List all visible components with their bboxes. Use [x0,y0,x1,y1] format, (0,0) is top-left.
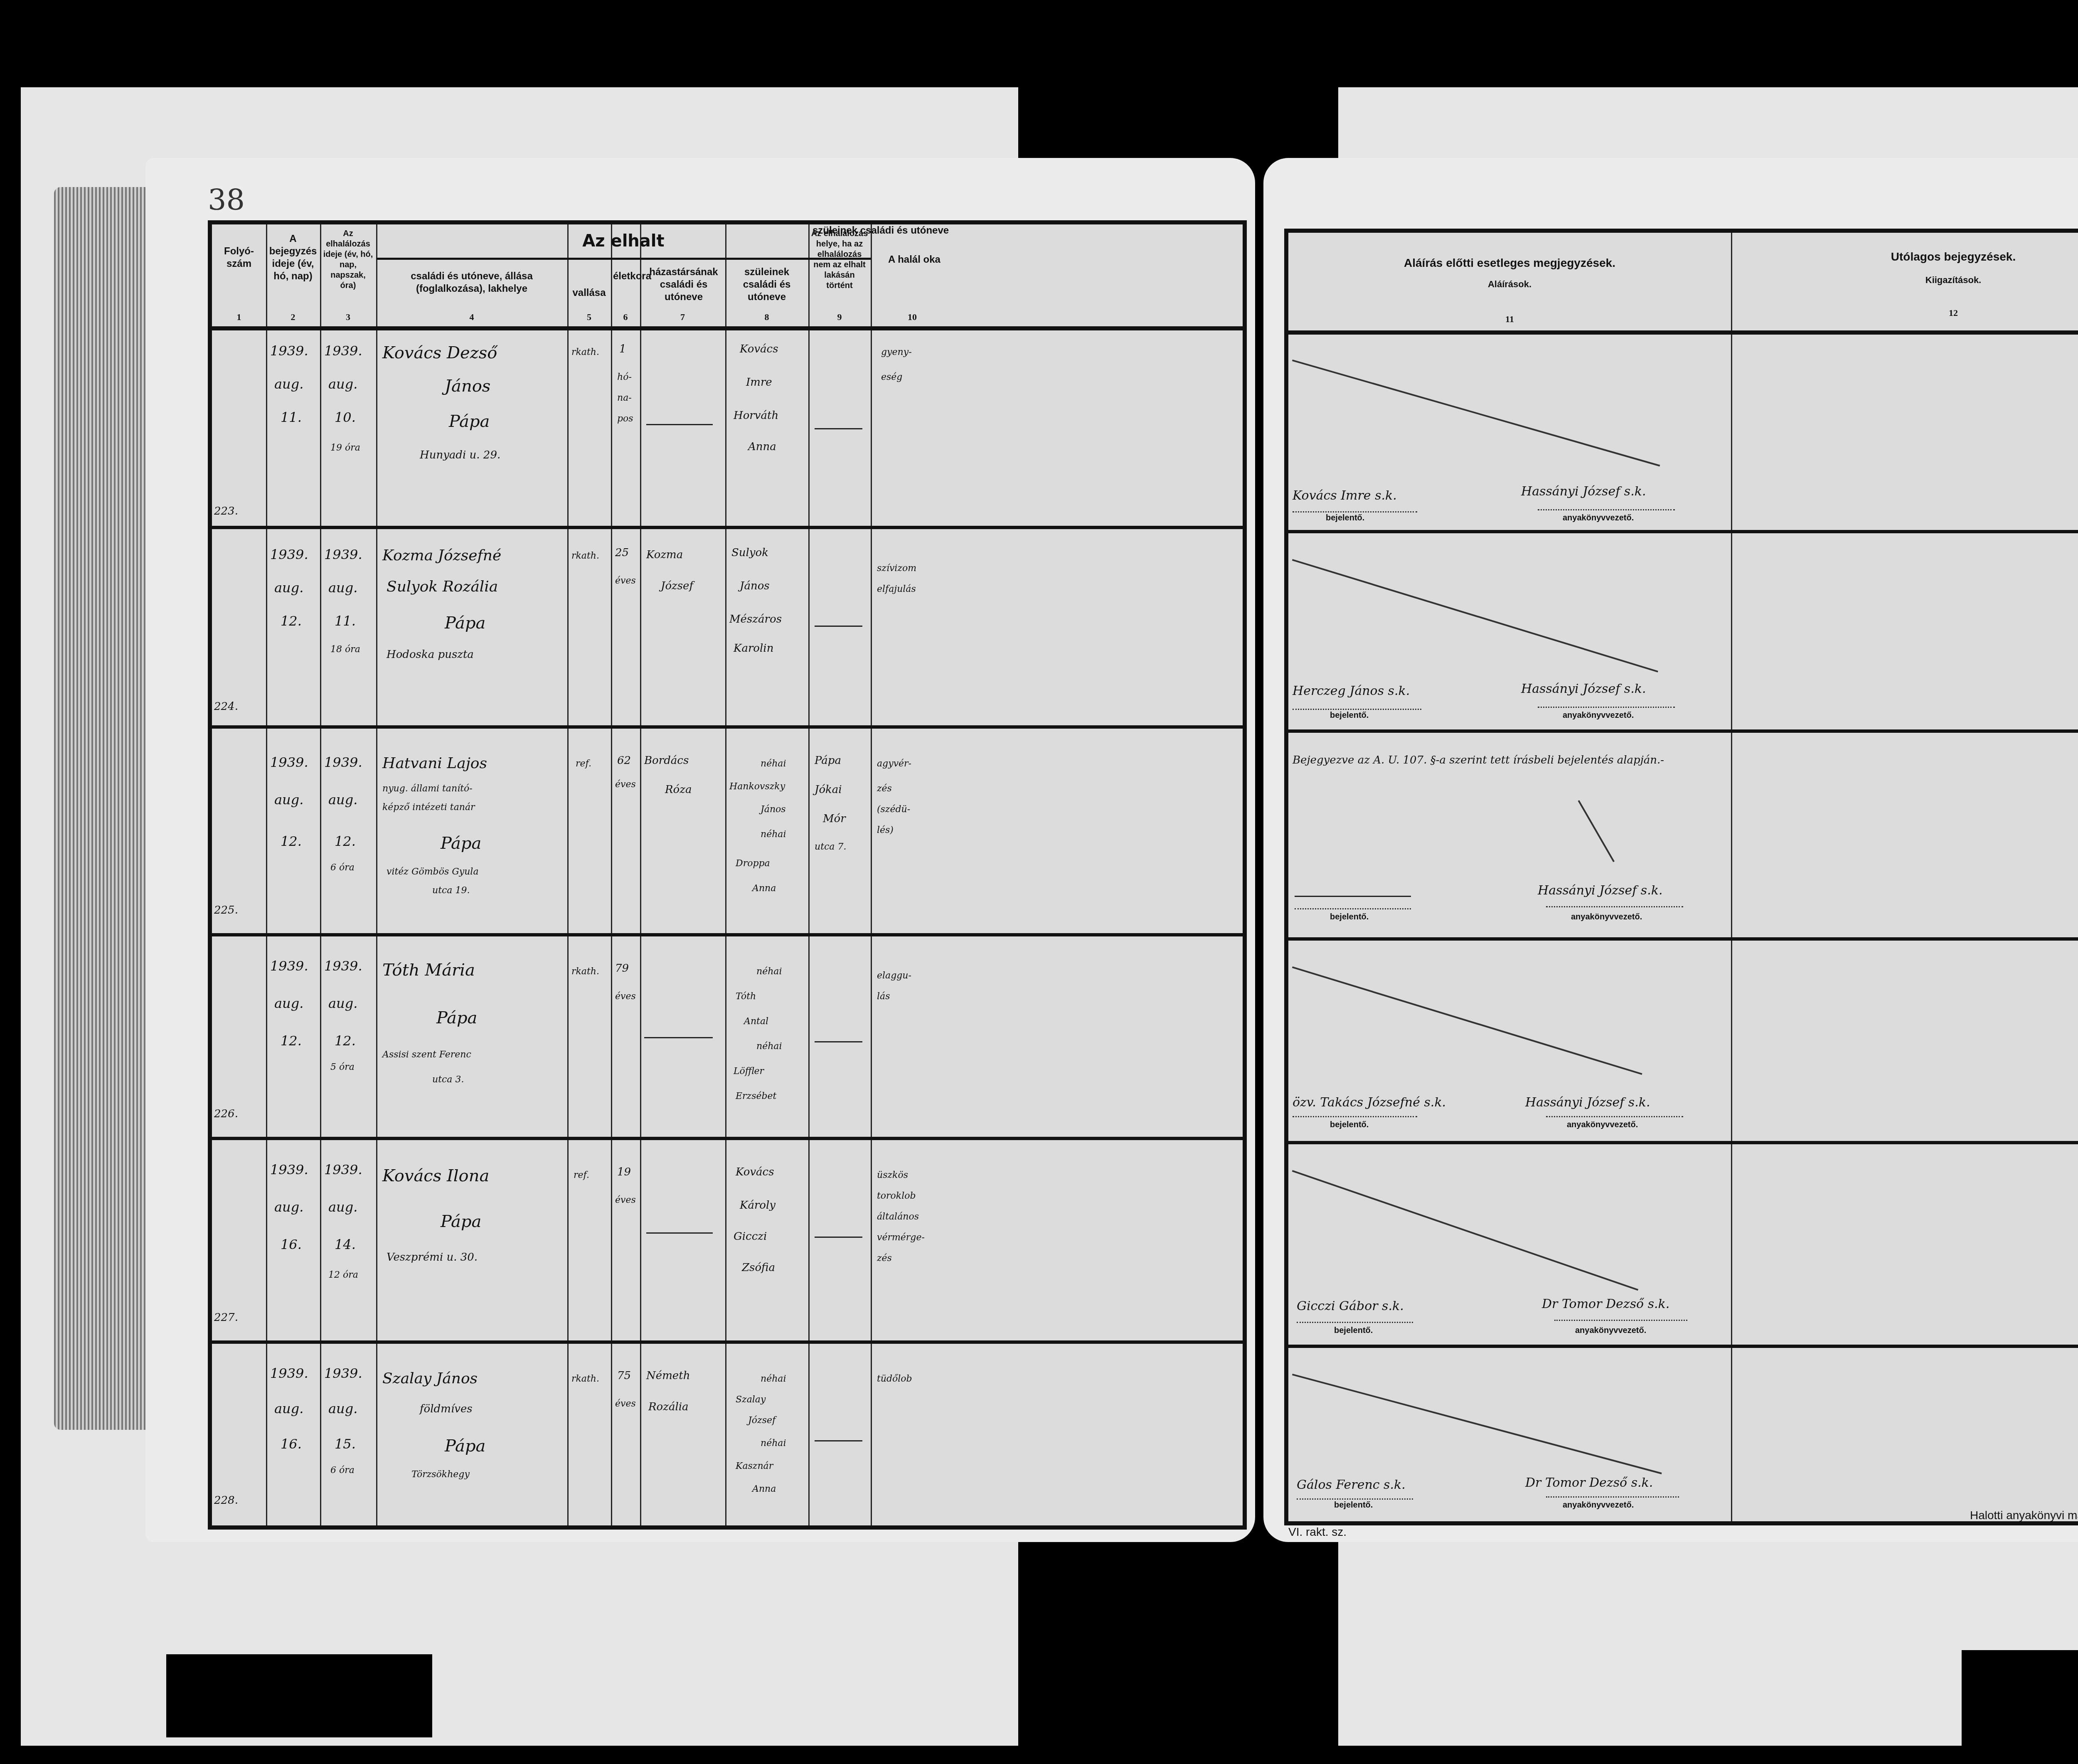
residence-address: utca 3. [432,1074,464,1085]
signatures-header: Aláírás előtti esetleges megjegyzések. A… [1288,233,2078,335]
age: 19 [617,1166,631,1179]
cause-of-death: gyeny- [881,347,912,358]
residence-address: Hunyadi u. 29. [420,449,500,462]
father-surname: Kovács [736,1166,774,1179]
religion: rkath. [571,551,599,562]
deceased-name: Szalay János [382,1370,478,1387]
reporter-label: bejelentő. [1330,1120,1369,1130]
occupation: képző intézeti tanár [382,802,475,813]
header-col-6: életkora [613,270,638,283]
cause-of-death: zés [877,1253,892,1264]
age-unit: éves [615,991,636,1002]
death-day: 11. [335,613,356,629]
mother-surname: Löffler [734,1066,764,1077]
cause-of-death: szívizom [877,563,916,574]
reporter-label: bejelentő. [1330,912,1369,922]
deceased-name: Kovács Dezső [382,343,497,363]
age-unit: éves [615,576,636,586]
spouse-surname: Bordács [644,754,689,767]
cancel-stroke [1292,1170,1638,1291]
signature-row-224: Herczeg János s.k. bejelentő. Hassányi J… [1288,534,2078,733]
entry-year: 1939. [270,958,308,974]
header-col-2: A bejegyzés ideje (év, hó, nap) [268,233,318,283]
mother-surname: Droppa [736,858,770,869]
spouse-given-name: Rozália [648,1401,689,1414]
mother-given-name: Zsófia [742,1261,775,1274]
death-month: aug. [328,995,357,1011]
reporter-signature: özv. Takács Józsefné s.k. [1293,1095,1446,1110]
reporter-line [1293,511,1417,512]
religion: rkath. [571,1374,599,1385]
signature-row-223: Kovács Imre s.k. bejelentő. Hassányi Józ… [1288,335,2078,533]
death-day: 14. [335,1237,356,1252]
left-page: 38 Az elhalt Folyó-szám A bejegyzés idej… [145,158,1255,1542]
cause-of-death: eség [881,372,902,383]
registrar-line [1538,509,1675,510]
empty-spouse-dash [646,1232,713,1234]
col-num-11: 11 [1288,314,1731,325]
residence-address: utca 19. [432,885,470,896]
reporter-label: bejelentő. [1334,1326,1373,1335]
age-unit: éves [615,779,636,790]
age-unit: na- [617,393,632,404]
residence-address: Assisi szent Ferenc [382,1050,471,1060]
cancel-stroke [1292,559,1658,673]
death-year: 1939. [324,958,362,974]
residence-town: Pápa [445,613,485,633]
reporter-signature: Gicczi Gábor s.k. [1297,1299,1404,1313]
entry-year: 1939. [270,1365,308,1381]
residence-town: Pápa [445,1436,485,1456]
registrar-line [1546,906,1683,907]
cause-of-death: általános [877,1212,919,1222]
empty-place-dash [815,1237,862,1238]
death-place: Mór [823,813,846,825]
header-col-5: vallása [569,287,609,299]
cause-of-death: zés [877,783,892,794]
entry-month: aug. [274,1401,303,1417]
residence-address: Veszprémi u. 30. [387,1251,478,1264]
empty-place-dash [815,428,862,429]
registrar-signature: Hassányi József s.k. [1538,883,1662,898]
spouse-surname: Kozma [646,549,683,562]
header-col-12-title: Utólagos bejegyzések. [1731,249,2078,264]
death-hour: 19 óra [330,443,360,453]
registrar-line [1554,1320,1687,1321]
header-col-11-title: Aláírás előtti esetleges megjegyzések. [1288,256,1731,270]
residence-address: Törzsökhegy [411,1469,470,1480]
col-num-2: 2 [266,312,320,323]
death-month: aug. [328,792,357,808]
reporter-label: bejelentő. [1326,513,1364,523]
reporter-line [1295,908,1411,909]
entry-number: 227. [214,1311,238,1324]
father-surname: Szalay [736,1394,766,1405]
father-surname: Sulyok [731,547,768,559]
register-row-228: 228. 1939. aug. 16. 1939. aug. 15. 6 óra… [212,1345,1243,1517]
entry-year: 1939. [270,343,308,359]
father-given-name: János [761,804,786,815]
father-surname: Hankovszky [729,781,785,792]
mother-surname: Horváth [734,409,778,422]
col-num-1: 1 [212,312,266,323]
signatures-table: Aláírás előtti esetleges megjegyzések. A… [1284,229,2078,1525]
entry-number: 228. [214,1494,238,1507]
mother-prefix: néhai [761,1438,786,1449]
entry-number: 226. [214,1108,238,1121]
registrar-line [1538,707,1675,708]
entry-day: 12. [281,613,302,629]
residence-town: Pápa [441,1212,481,1232]
occupation: földmíves [420,1403,473,1416]
empty-place-dash [815,1440,862,1441]
death-day: 15. [335,1436,356,1452]
reporter-signature: Herczeg János s.k. [1293,684,1410,698]
mother-surname: Kasznár [736,1461,773,1472]
occupation: nyug. állami tanító- [382,783,473,794]
registrar-label: anyakönyvvezető. [1563,513,1634,523]
father-given-name: Károly [740,1199,776,1212]
registrar-signature: Dr Tomor Dezső s.k. [1542,1297,1669,1311]
age: 25 [615,547,629,559]
death-year: 1939. [324,1365,362,1381]
death-register-table: Az elhalt Folyó-szám A bejegyzés ideje (… [208,220,1247,1530]
entry-year: 1939. [270,754,308,770]
residence-town: Pápa [436,1008,477,1028]
register-row-226: 226. 1939. aug. 12. 1939. aug. 12. 5 óra… [212,937,1243,1140]
header-col-1: Folyó-szám [214,245,264,270]
entry-month: aug. [274,792,303,808]
entry-month: aug. [274,1199,303,1215]
col-num-3: 3 [320,312,376,323]
empty-spouse-dash [644,1037,713,1038]
col-num-8: 8 [725,312,808,323]
residence-town: Pápa [441,833,481,853]
death-hour: 6 óra [330,862,355,873]
religion: ref. [574,1170,589,1181]
mother-given-name: Anna [752,883,776,894]
father-prefix: néhai [761,759,786,769]
reporter-label: bejelentő. [1334,1500,1373,1510]
cause-of-death: elfajulás [877,584,916,595]
register-row-225: 225. 1939. aug. 12. 1939. aug. 12. 6 óra… [212,729,1243,936]
entry-day: 11. [281,409,302,425]
empty-place-dash [815,1041,862,1042]
mother-prefix: néhai [756,1041,782,1052]
death-place: Jókai [815,783,842,796]
bookmark-tab [1962,1650,2078,1754]
registrar-label: anyakönyvvezető. [1563,1500,1634,1510]
empty-reporter-dash [1295,896,1411,897]
col-num-4: 4 [376,312,567,323]
deceased-name: Hatvani Lajos [382,754,487,772]
death-day: 12. [335,833,356,849]
registrar-line [1546,1116,1683,1117]
death-place: utca 7. [815,842,846,852]
header-col-7: házastársának családi és utóneve [644,266,723,303]
empty-place-dash [815,626,862,627]
register-book: 38 Az elhalt Folyó-szám A bejegyzés idej… [54,158,2078,1559]
death-year: 1939. [324,1162,362,1178]
age-unit: hó- [617,372,632,383]
death-day: 12. [335,1033,356,1049]
col-num-10: 10 [871,312,954,323]
reporter-line [1293,1116,1417,1117]
death-month: aug. [328,580,357,596]
mother-given-name: Anna [752,1484,776,1495]
col-num-9: 9 [808,312,871,323]
header-col-4: családi és utóneve, állása (foglalkozása… [387,270,557,295]
registrar-label: anyakönyvvezető. [1563,711,1634,720]
registrar-signature: Hassányi József s.k. [1521,484,1646,499]
entry-day: 12. [281,833,302,849]
registrar-signature: Hassányi József s.k. [1521,682,1646,696]
registrar-label: anyakönyvvezető. [1567,1120,1638,1130]
age: 79 [615,962,629,975]
entry-day: 12. [281,1033,302,1049]
death-year: 1939. [324,547,362,562]
religion: rkath. [571,966,599,977]
table-header: Az elhalt Folyó-szám A bejegyzés ideje (… [212,224,1243,330]
death-year: 1939. [324,343,362,359]
right-page: 38 Aláírás előtti esetleges megjegyzések… [1263,158,2078,1542]
entry-day: 16. [281,1237,302,1252]
entry-month: aug. [274,580,303,596]
entry-year: 1939. [270,1162,308,1178]
spouse-surname: Németh [646,1370,690,1382]
death-hour: 18 óra [330,644,360,655]
header-col-9: Az elhalálozás helye, ha az elhalálozás … [810,229,869,291]
father-prefix: néhai [761,1374,786,1385]
age: 1 [619,343,626,356]
cancel-stroke [1292,966,1642,1075]
death-month: aug. [328,376,357,392]
deceased-name: Tóth Mária [382,960,475,980]
father-prefix: néhai [756,966,782,977]
cause-of-death: lás [877,991,890,1002]
death-year: 1939. [324,754,362,770]
registrar-label: anyakönyvvezető. [1575,1326,1646,1335]
footer-storage-number: VI. rakt. sz. [1288,1525,1347,1539]
mother-prefix: néhai [761,829,786,840]
signature-row-227: Gicczi Gábor s.k. bejelentő. Dr Tomor De… [1288,1145,2078,1348]
registrar-signature: Hassányi József s.k. [1525,1095,1650,1110]
footer-register-title: Halotti anyakönyvi másodpéldány. [1970,1509,2078,1522]
header-az-elhalt: Az elhalt [376,231,871,251]
age-unit: éves [615,1195,636,1206]
cancel-stroke [1578,800,1615,862]
entry-number: 223. [214,505,238,518]
cause-of-death: üszkös [877,1170,908,1181]
register-row-227: 227. 1939. aug. 16. 1939. aug. 14. 12 ór… [212,1141,1243,1344]
mother-given-name: Karolin [734,642,773,655]
age: 75 [617,1370,631,1382]
entry-month: aug. [274,995,303,1011]
cause-of-death: lés) [877,825,894,836]
religion: rkath. [571,347,599,358]
mother-surname: Mészáros [729,613,782,626]
age: 62 [617,754,631,767]
spouse-given-name: Róza [665,783,692,796]
death-place: Pápa [815,754,841,767]
residence-town: Pápa [449,411,490,431]
death-month: aug. [328,1401,357,1417]
death-hour: 6 óra [330,1465,355,1476]
signature-row-225: Bejegyezve az A. U. 107. §-a szerint tet… [1288,734,2078,941]
header-col-12-subtitle: Kiigazítások. [1731,274,2078,286]
father-given-name: József [748,1415,776,1426]
header-col-8: szüleinek családi és utóneve [727,266,806,303]
deceased-maiden-name: Sulyok Rozália [387,578,498,596]
deceased-name: Kozma Józsefné [382,547,501,564]
reporter-signature: Gálos Ferenc s.k. [1297,1478,1406,1492]
cause-of-death: elaggu- [877,971,911,981]
deceased-name: Kovács Ilona [382,1166,489,1186]
father-given-name: Antal [744,1016,768,1027]
age-unit: pos [617,414,633,424]
page-number-left: 38 [208,183,245,217]
entry-number: 225. [214,904,238,917]
death-hour: 12 óra [328,1270,358,1281]
entry-year: 1939. [270,547,308,562]
cause-of-death: agyvér- [877,759,911,769]
registrar-signature: Dr Tomor Dezső s.k. [1525,1476,1653,1490]
signature-row-228: Gálos Ferenc s.k. bejelentő. Dr Tomor De… [1288,1349,2078,1513]
col-num-5: 5 [567,312,611,323]
registrar-line [1546,1496,1679,1498]
registrar-label: anyakönyvvezető. [1571,912,1642,922]
spouse-given-name: József [661,580,693,593]
pre-signature-note: Bejegyezve az A. U. 107. §-a szerint tet… [1293,750,1667,771]
cancel-stroke [1292,1374,1662,1474]
cause-of-death: tüdőlob [877,1374,912,1385]
cancel-stroke [1292,360,1660,466]
signature-row-226: özv. Takács Józsefné s.k. bejelentő. Has… [1288,941,2078,1144]
father-given-name: Imre [746,376,772,389]
col-num-12: 12 [1731,308,2078,318]
col-num-7: 7 [640,312,725,323]
cause-of-death: toroklob [877,1191,916,1202]
mother-given-name: Erzsébet [736,1091,776,1102]
reporter-line [1293,709,1421,710]
residence-address: vitéz Gömbös Gyula [387,867,479,877]
age-unit: éves [615,1399,636,1409]
register-row-224: 224. 1939. aug. 12. 1939. aug. 11. 18 ór… [212,530,1243,729]
death-hour: 5 óra [330,1062,355,1073]
entry-day: 16. [281,1436,302,1452]
reporter-line [1297,1322,1413,1323]
death-day: 10. [335,409,356,425]
header-col-10: A halál oka [877,254,952,266]
father-surname: Tóth [736,991,756,1002]
father-surname: Kovács [740,343,778,356]
cause-of-death: (szédü- [877,804,910,815]
religion: ref. [576,759,591,769]
reporter-label: bejelentő. [1330,711,1369,720]
cause-of-death: vérmérge- [877,1232,925,1243]
mother-surname: Gicczi [734,1230,767,1243]
reporter-line [1297,1498,1413,1500]
deceased-given-name: János [445,376,490,396]
residence-address: Hodoska puszta [387,648,474,661]
empty-spouse-dash [646,424,713,425]
reporter-signature: Kovács Imre s.k. [1293,488,1397,503]
father-given-name: János [740,580,770,593]
bookmark-tab [166,1654,432,1737]
header-col-11-subtitle: Aláírások. [1288,278,1731,290]
death-month: aug. [328,1199,357,1215]
col-num-6: 6 [611,312,640,323]
entry-month: aug. [274,376,303,392]
mother-given-name: Anna [748,441,776,453]
entry-number: 224. [214,700,238,713]
header-col-3: Az elhalálozás ideje (év, hó, nap, napsz… [322,229,374,291]
register-row-223: 223. 1939. aug. 11. 1939. aug. 10. 19 ór… [212,330,1243,529]
